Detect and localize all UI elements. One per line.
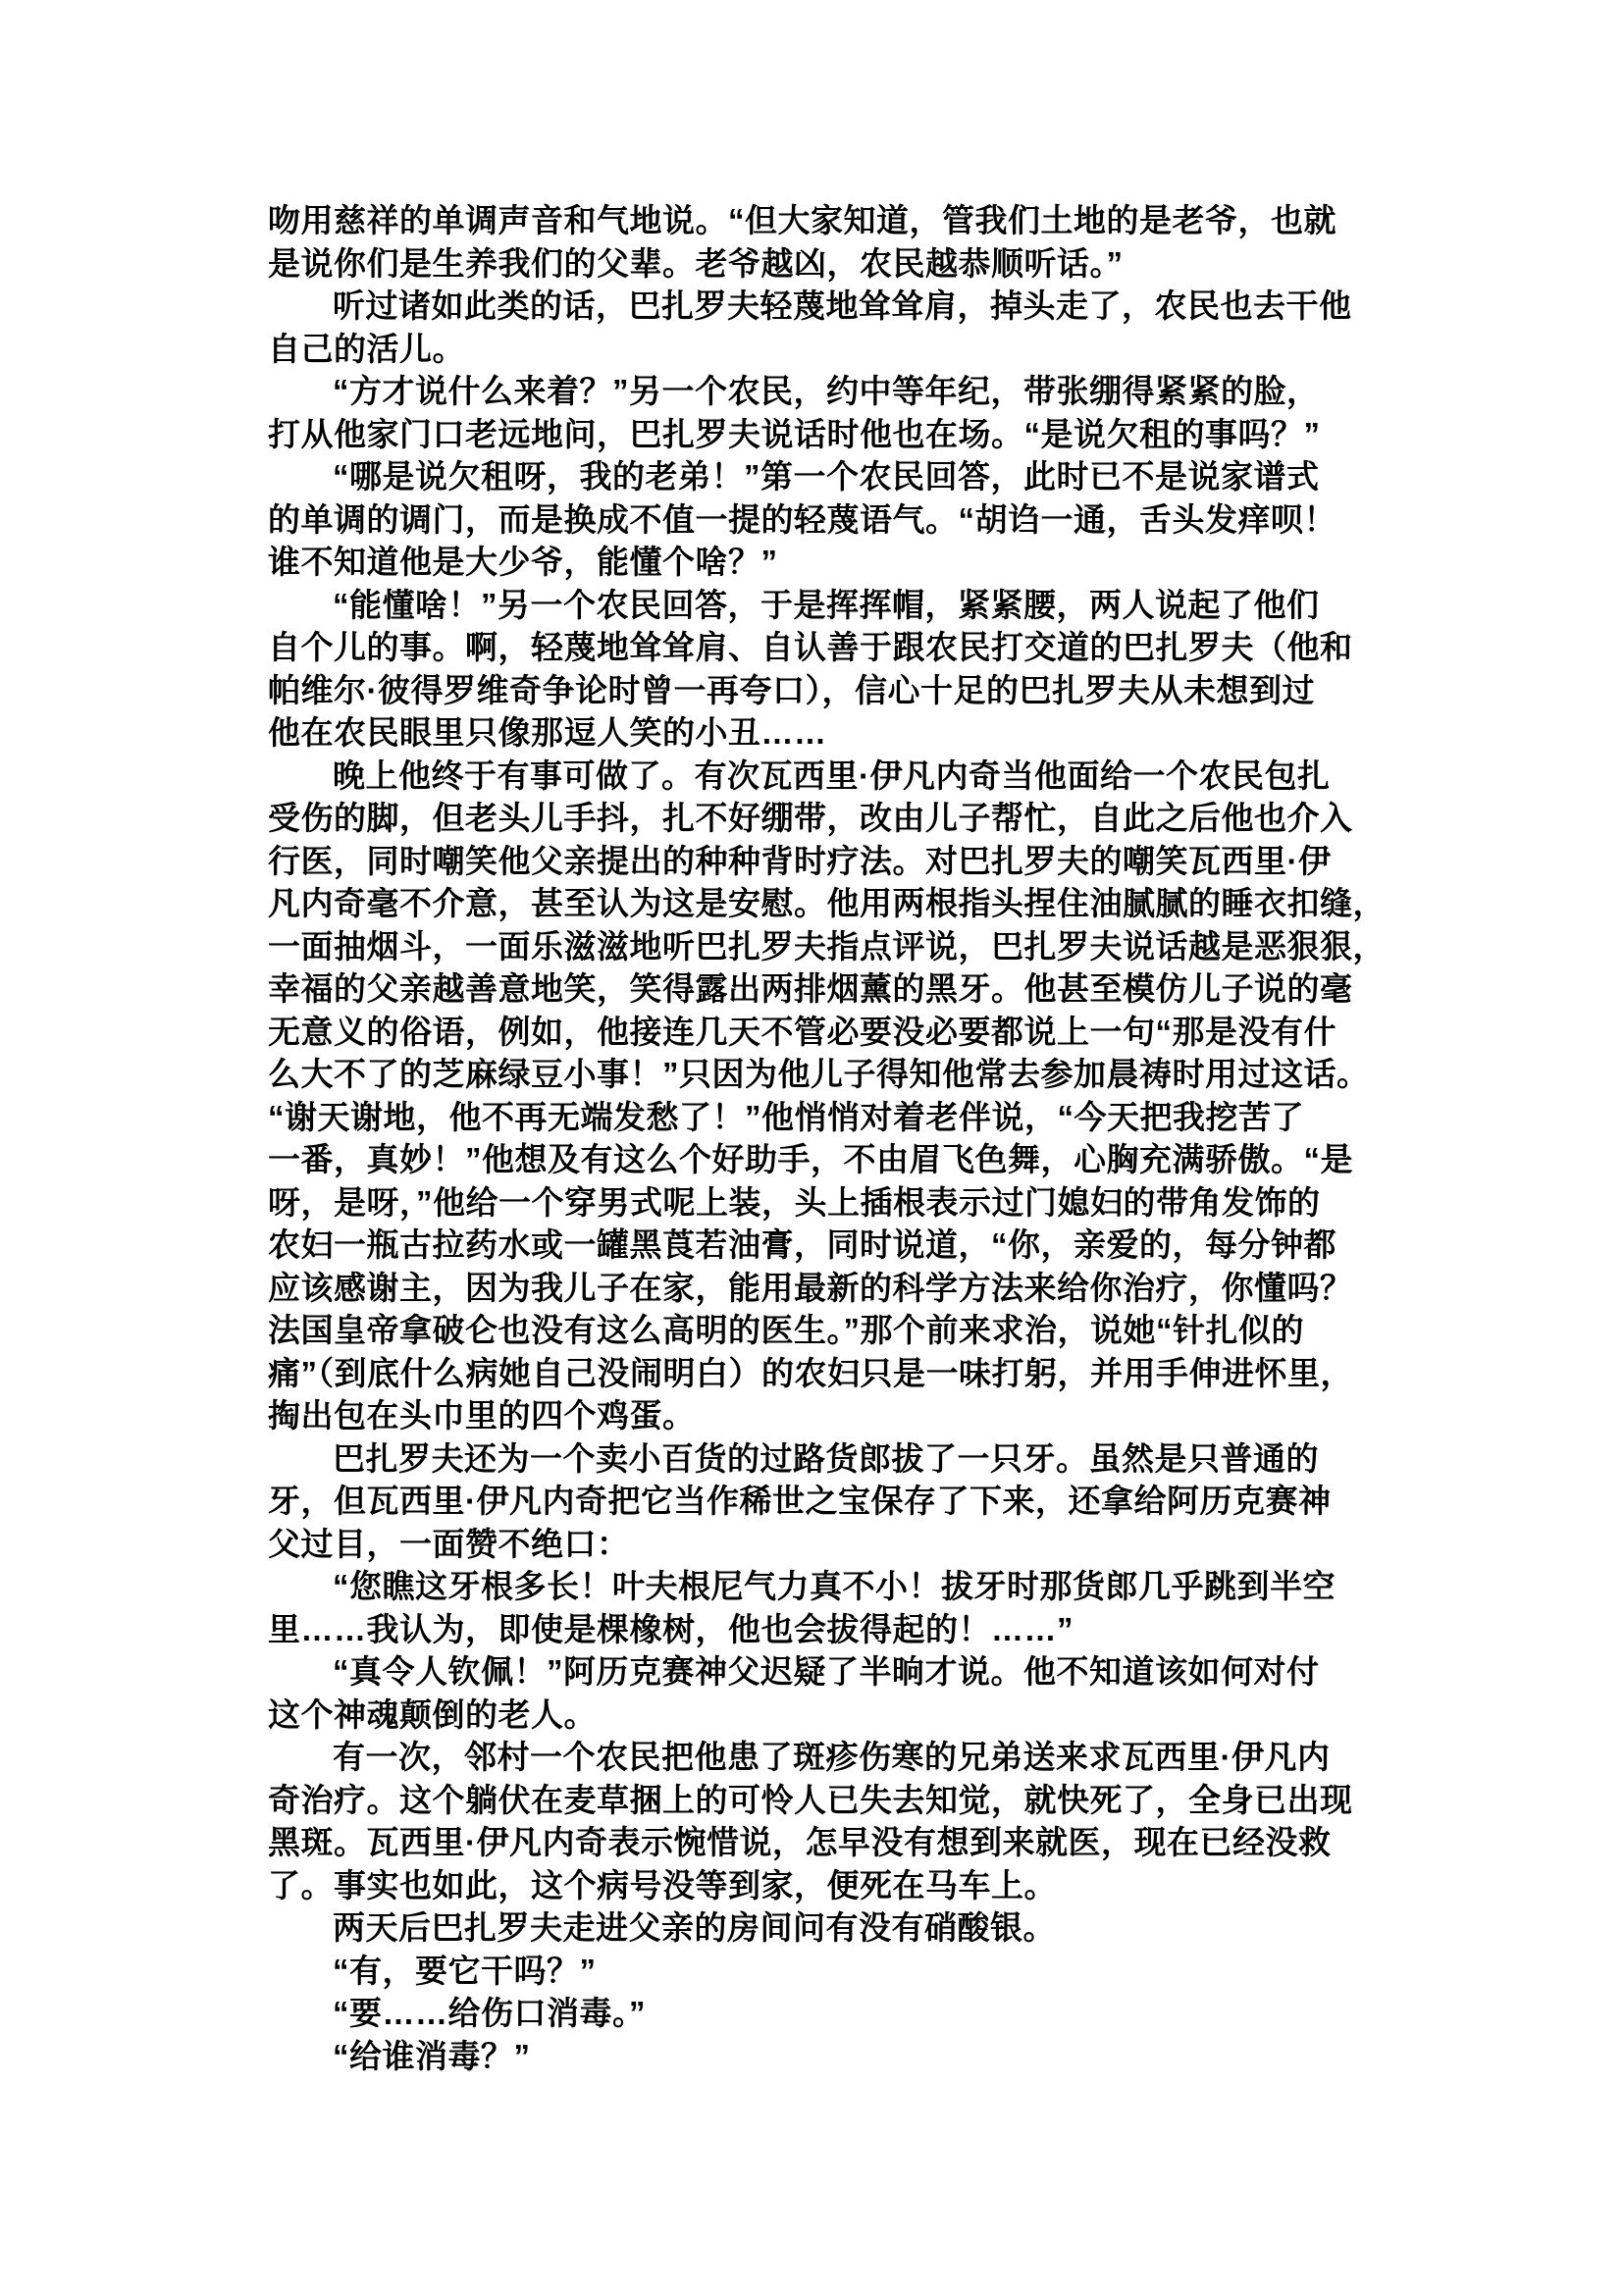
text-line: “有，要它干吗？”	[268, 1950, 1359, 1993]
text-line: 吻用慈祥的单调声音和气地说。“但大家知道，管我们土地的是老爷，也就	[268, 199, 1359, 242]
text-line: 有一次，邻村一个农民把他患了斑疹伤寒的兄弟送来求瓦西里·伊凡内	[268, 1736, 1359, 1779]
text-line: 掏出包在头巾里的四个鸡蛋。	[268, 1394, 1359, 1437]
text-line: 一面抽烟斗，一面乐滋滋地听巴扎罗夫指点评说，巴扎罗夫说话越是恶狠狠，	[268, 925, 1359, 968]
text-line: 是说你们是生养我们的父辈。老爷越凶，农民越恭顺听话。”	[268, 242, 1359, 286]
text-line: 里……我认为，即使是棵橡树，他也会拔得起的！……”	[268, 1608, 1359, 1651]
text-line: “真令人钦佩！”阿历克赛神父迟疑了半晌才说。他不知道该如何对付	[268, 1650, 1359, 1694]
text-line: 无意义的俗语，例如，他接连几天不管必要没必要都说上一句“那是没有什	[268, 1011, 1359, 1054]
text-line: 奇治疗。这个躺伏在麦草捆上的可怜人已失去知觉，就快死了，全身已出现	[268, 1779, 1359, 1822]
document-page: 吻用慈祥的单调声音和气地说。“但大家知道，管我们土地的是老爷，也就是说你们是生养…	[0, 0, 1624, 2294]
text-line: 的单调的调门，而是换成不值一提的轻蔑语气。“胡诌一通，舌头发痒呗！	[268, 498, 1359, 542]
text-line: 么大不了的芝麻绿豆小事！”只因为他儿子得知他常去参加晨祷时用过这话。	[268, 1053, 1359, 1096]
text-line: 父过目，一面赞不绝口：	[268, 1523, 1359, 1566]
text-line: 牙，但瓦西里·伊凡内奇把它当作稀世之宝保存了下来，还拿给阿历克赛神	[268, 1480, 1359, 1523]
text-line: “要……给伤口消毒。”	[268, 1992, 1359, 2035]
text-line: 听过诸如此类的话，巴扎罗夫轻蔑地耸耸肩，掉头走了，农民也去干他	[268, 285, 1359, 328]
text-line: 自己的活儿。	[268, 328, 1359, 371]
text-line: 巴扎罗夫还为一个卖小百货的过路货郎拔了一只牙。虽然是只普通的	[268, 1437, 1359, 1481]
text-line: 幸福的父亲越善意地笑，笑得露出两排烟薰的黑牙。他甚至模仿儿子说的毫	[268, 967, 1359, 1011]
text-line: 受伤的脚，但老头儿手抖，扎不好绷带，改由儿子帮忙，自此之后他也介入	[268, 797, 1359, 840]
text-line: 谁不知道他是大少爷，能懂个啥？”	[268, 541, 1359, 584]
text-line: “谢天谢地，他不再无端发愁了！”他悄悄对着老伴说，“今天把我挖苦了	[268, 1096, 1359, 1139]
text-line: 一番，真妙！”他想及有这么个好助手，不由眉飞色舞，心胸充满骄傲。“是	[268, 1138, 1359, 1181]
text-line: “给谁消毒？”	[268, 2035, 1359, 2078]
text-line: 打从他家门口老远地问，巴扎罗夫说话时他也在场。“是说欠租的事吗？”	[268, 413, 1359, 456]
text-line: 自个儿的事。啊，轻蔑地耸耸肩、自认善于跟农民打交道的巴扎罗夫（他和	[268, 626, 1359, 669]
text-line: 了。事实也如此，这个病号没等到家，便死在马车上。	[268, 1864, 1359, 1907]
page-text: 吻用慈祥的单调声音和气地说。“但大家知道，管我们土地的是老爷，也就是说你们是生养…	[268, 199, 1359, 2077]
text-line: “能懂啥！”另一个农民回答，于是挥挥帽，紧紧腰，两人说起了他们	[268, 584, 1359, 627]
text-line: 农妇一瓶古拉药水或一罐黑莨若油膏，同时说道，“你，亲爱的，每分钟都	[268, 1224, 1359, 1267]
text-line: 呀，是呀，”他给一个穿男式呢上装，头上插根表示过门媳妇的带角发饰的	[268, 1181, 1359, 1225]
text-line: 帕维尔·彼得罗维奇争论时曾一再夸口），信心十足的巴扎罗夫从未想到过	[268, 669, 1359, 712]
text-line: 行医，同时嘲笑他父亲提出的种种背时疗法。对巴扎罗夫的嘲笑瓦西里·伊	[268, 840, 1359, 883]
text-line: 凡内奇毫不介意，甚至认为这是安慰。他用两根指头捏住油腻腻的睡衣扣缝，	[268, 882, 1359, 925]
text-line: “方才说什么来着？”另一个农民，约中等年纪，带张绷得紧紧的脸，	[268, 370, 1359, 413]
text-line: 应该感谢主，因为我儿子在家，能用最新的科学方法来给你治疗，你懂吗？	[268, 1267, 1359, 1310]
text-line: 黑斑。瓦西里·伊凡内奇表示惋惜说，怎早没有想到来就医，现在已经没救	[268, 1821, 1359, 1864]
text-line: 法国皇帝拿破仑也没有这么高明的医生。”那个前来求治，说她“针扎似的	[268, 1309, 1359, 1352]
text-line: 两天后巴扎罗夫走进父亲的房间问有没有硝酸银。	[268, 1906, 1359, 1950]
text-line: “哪是说欠租呀，我的老弟！”第一个农民回答，此时已不是说家谱式	[268, 455, 1359, 498]
text-line: “您瞧这牙根多长！叶夫根尼气力真不小！拔牙时那货郎几乎跳到半空	[268, 1565, 1359, 1608]
text-line: 痛”（到底什么病她自己没闹明白）的农妇只是一味打躬，并用手伸进怀里，	[268, 1352, 1359, 1395]
text-line: 晚上他终于有事可做了。有次瓦西里·伊凡内奇当他面给一个农民包扎	[268, 755, 1359, 798]
text-line: 这个神魂颠倒的老人。	[268, 1694, 1359, 1737]
text-line: 他在农民眼里只像那逗人笑的小丑……	[268, 711, 1359, 755]
